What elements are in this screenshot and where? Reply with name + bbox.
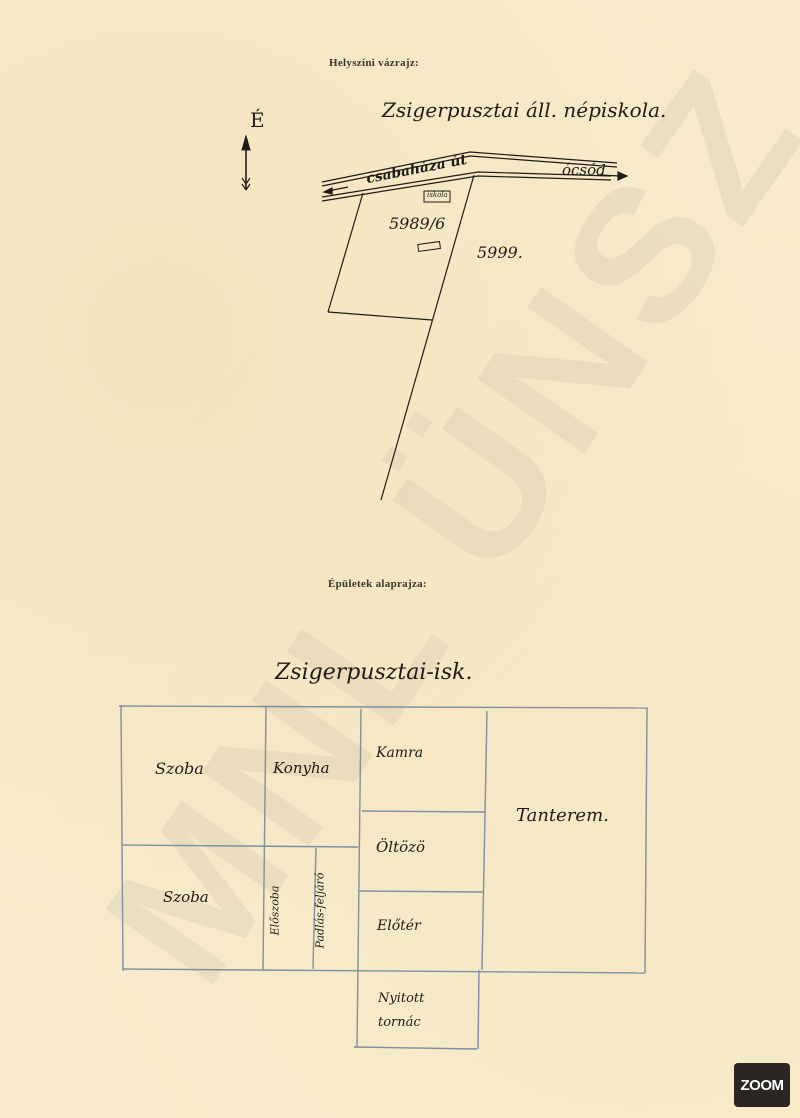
room-oltozo: Öltözö: [376, 838, 425, 856]
school-box-label: iskola: [427, 191, 448, 199]
parcel-main: 5989/6: [389, 214, 445, 233]
zoom-logo-label: ZOOM: [741, 1077, 784, 1094]
room-szoba-bottom: Szoba: [163, 888, 209, 906]
site-title: Zsigerpusztai áll. népiskola.: [382, 98, 666, 122]
room-kamra: Kamra: [376, 745, 423, 761]
room-tanterem: Tanterem.: [516, 805, 609, 826]
north-arrow-icon: [242, 136, 250, 190]
zoom-logo-badge[interactable]: ZOOM: [734, 1063, 790, 1107]
room-nyitott-tornac-line1: Nyitott: [378, 991, 424, 1006]
north-label: É: [250, 108, 265, 132]
parcel-adjacent: 5999.: [477, 243, 523, 262]
floorplan-title: Zsigerpusztai-isk.: [275, 660, 472, 685]
room-eloszoba: Előszoba: [268, 886, 281, 936]
road-label-right: ócsód: [562, 161, 606, 179]
room-nyitott-tornac-line2: tornác: [378, 1015, 421, 1030]
room-padlasfeljaro: Padlás-feljáró: [313, 873, 326, 949]
room-eloter: Előtér: [377, 918, 421, 934]
room-szoba-top: Szoba: [155, 759, 204, 778]
room-konyha: Konyha: [273, 759, 330, 777]
